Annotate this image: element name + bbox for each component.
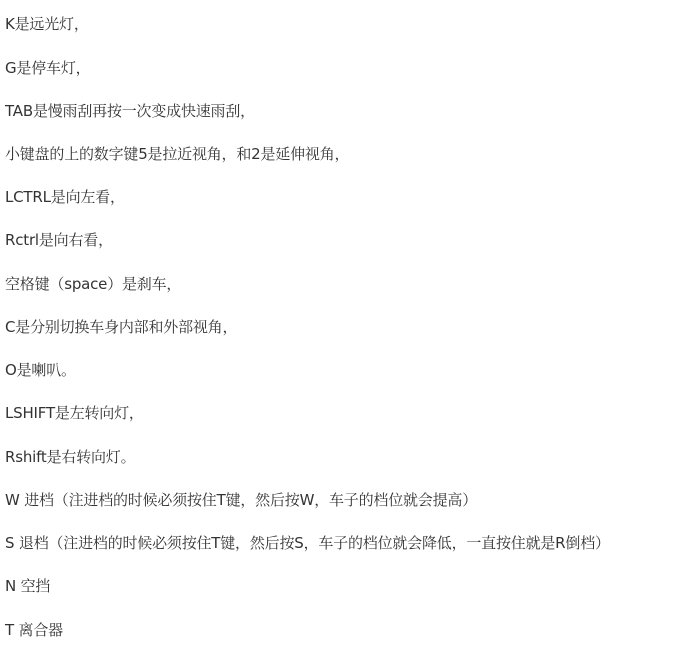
text-line-right-turn-signal: Rshift是右转向灯。 [5, 447, 135, 467]
text-line-camera-toggle: C是分别切换车身内部和外部视角， [5, 317, 237, 337]
text-line-left-turn-signal: LSHIFT是左转向灯， [5, 403, 144, 423]
text-line-shift-up: W 进档（注进档的时候必须按住T键，然后按W，车子的档位就会提高） [5, 490, 477, 510]
text-line-neutral: N 空挡 [5, 576, 50, 596]
text-line-view-zoom: 小键盘的上的数字键5是拉近视角，和2是延伸视角， [5, 144, 349, 164]
text-line-parking-light: G是停车灯， [5, 58, 90, 78]
text-line-brake: 空格键（space）是刹车， [5, 274, 181, 294]
text-line-look-left: LCTRL是向左看， [5, 187, 125, 207]
document-body: K是远光灯， G是停车灯， TAB是慢雨刮再按一次变成快速雨刮， 小键盘的上的数… [0, 0, 684, 658]
text-line-horn: O是喇叭。 [5, 360, 76, 380]
text-line-shift-down: S 退档（注进档的时候必须按住T键，然后按S，车子的档位就会降低，一直按住就是R… [5, 533, 610, 553]
text-line-wiper: TAB是慢雨刮再按一次变成快速雨刮， [5, 101, 255, 121]
text-line-look-right: Rctrl是向右看， [5, 230, 113, 250]
text-line-high-beam: K是远光灯， [5, 14, 89, 34]
text-line-clutch: T 离合器 [5, 620, 63, 640]
